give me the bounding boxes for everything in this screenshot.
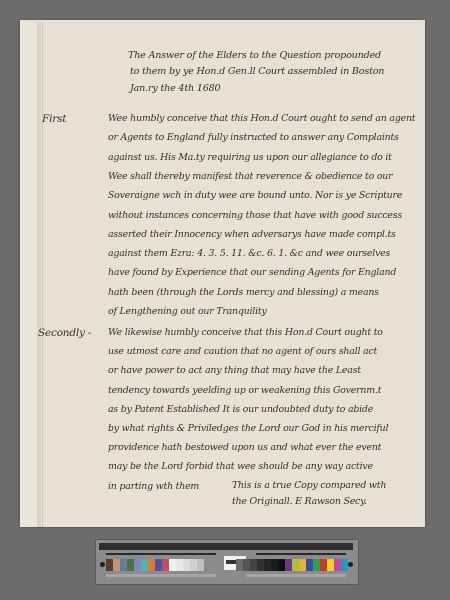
color-patch [197, 559, 204, 571]
color-patch [257, 559, 264, 571]
color-calibration-target [95, 539, 359, 585]
manuscript-line: hath been (through the Lords mercy and b… [108, 287, 379, 298]
calibration-top-strip [99, 543, 353, 550]
color-patch [134, 559, 141, 571]
color-patch [250, 559, 257, 571]
color-patch [292, 559, 299, 571]
section-label-first: First [42, 113, 66, 125]
color-patch [278, 559, 285, 571]
manuscript-line: of Lengthening out our Tranquility [108, 306, 267, 317]
page-fold-crease [37, 22, 41, 527]
color-patch [155, 559, 162, 571]
manuscript-line: against us. His Ma.ty requiring us upon … [108, 152, 392, 163]
color-patches-left [106, 559, 204, 571]
manuscript-line: or have power to act any thing that may … [108, 365, 361, 376]
manuscript-line: have found by Experience that our sendin… [108, 267, 396, 278]
title-line-3: Jan.ry the 4th 1680 [130, 83, 220, 94]
manuscript-line: in parting wth them [108, 481, 199, 492]
color-patch [176, 559, 183, 571]
color-patch [183, 559, 190, 571]
color-patch [243, 559, 250, 571]
color-patch [313, 559, 320, 571]
manuscript-line: asserted their Innocency when adversarys… [108, 229, 396, 240]
section-label-secondly: Secondly - [38, 327, 91, 339]
color-patch [141, 559, 148, 571]
color-patch [271, 559, 278, 571]
color-patch [299, 559, 306, 571]
color-patch [120, 559, 127, 571]
manuscript-line: against them Ezra: 4. 3. 5. 11. &c. 6. 1… [108, 248, 390, 259]
attestation-signature: the Originall. E Rawson Secy. [232, 496, 367, 507]
color-patch [169, 559, 176, 571]
manuscript-line: Wee shall thereby manifest that reverenc… [108, 171, 392, 182]
calibration-hole [100, 562, 105, 567]
calibration-scale-text [246, 574, 346, 577]
color-patch [327, 559, 334, 571]
title-line-1: The Answer of the Elders to the Question… [128, 50, 381, 61]
calibration-rule [106, 553, 216, 555]
color-patch [127, 559, 134, 571]
title-line-2: to them by ye Hon.d Gen.ll Court assembl… [130, 66, 384, 77]
manuscript-line: Soveraigne wch in duty wee are bound unt… [108, 190, 402, 201]
color-patch [106, 559, 113, 571]
color-patch [162, 559, 169, 571]
manuscript-line: Wee humbly conceive that this Hon.d Cour… [108, 113, 415, 124]
color-patch [320, 559, 327, 571]
manuscript-line: providence hath bestowed upon us and wha… [108, 442, 381, 453]
color-patch [306, 559, 313, 571]
manuscript-line: use utmost care and caution that no agen… [108, 346, 377, 357]
manuscript-line: or Agents to England fully instructed to… [108, 132, 399, 143]
color-patch [236, 559, 243, 571]
color-patch [264, 559, 271, 571]
color-patches-right [236, 559, 348, 571]
color-patch [341, 559, 348, 571]
color-patch [285, 559, 292, 571]
calibration-hole [348, 562, 353, 567]
manuscript-line: by what rights & Priviledges the Lord ou… [108, 423, 388, 434]
color-patch [334, 559, 341, 571]
calibration-rule [256, 553, 346, 555]
manuscript-line: tendency towards yeelding up or weakenin… [108, 385, 381, 396]
manuscript-line: without instances concerning those that … [108, 210, 402, 221]
attestation-line-1: This is a true Copy compared wth [232, 480, 386, 491]
manuscript-line: We likewise humbly conceive that this Ho… [108, 327, 383, 338]
color-patch [190, 559, 197, 571]
manuscript-line: as by Patent Established It is our undou… [108, 404, 373, 415]
color-patch [148, 559, 155, 571]
manuscript-line: may be the Lord forbid that wee should b… [108, 461, 373, 472]
color-patch [113, 559, 120, 571]
calibration-scale-text [106, 574, 216, 577]
